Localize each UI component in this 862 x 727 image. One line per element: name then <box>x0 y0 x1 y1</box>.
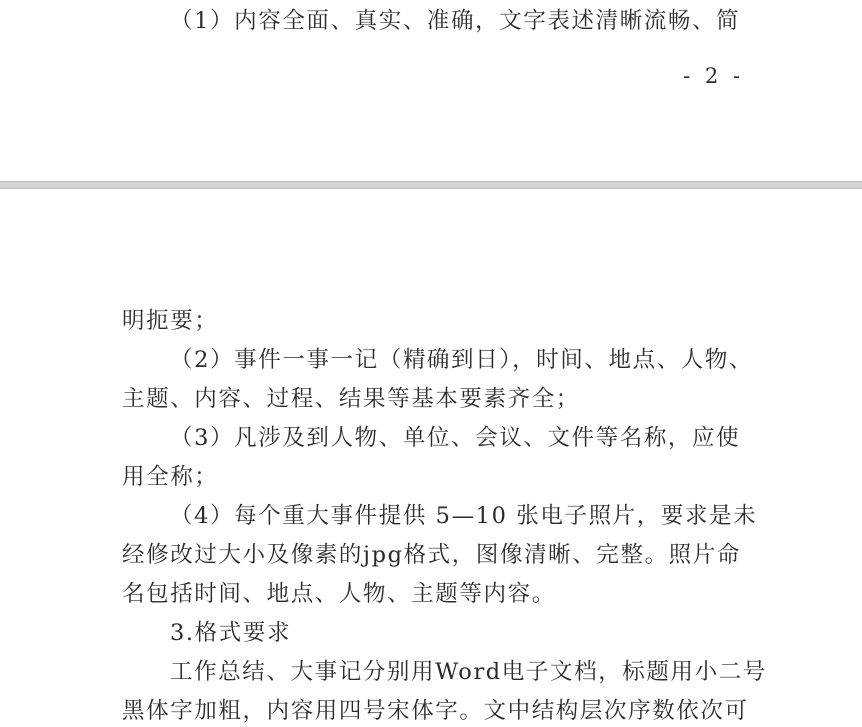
paragraph-line: （3）凡涉及到人物、单位、会议、文件等名称，应使 <box>170 423 746 453</box>
paragraph-line: 主题、内容、过程、结果等基本要素齐全； <box>122 384 746 414</box>
paragraph-line: 经修改过大小及像素的jpg格式，图像清晰、完整。照片命 <box>122 540 746 570</box>
paragraph-line: 用全称； <box>122 462 746 492</box>
section-heading: 3.格式要求 <box>170 618 746 648</box>
page-separator <box>0 181 862 189</box>
document-page-2: （1）内容全面、真实、准确，文字表述清晰流畅、简 - 2 - <box>0 0 862 181</box>
paragraph-line: 黑体字加粗，内容用四号宋体字。文中结构层次序数依次可 <box>122 696 746 726</box>
document-page-3: 明扼要； （2）事件一事一记（精确到日），时间、地点、人物、 主题、内容、过程、… <box>0 189 862 727</box>
paragraph-line: （4）每个重大事件提供 5—10 张电子照片，要求是未 <box>170 501 746 531</box>
paragraph-line: 工作总结、大事记分别用Word电子文档，标题用小二号 <box>170 657 746 687</box>
paragraph-line: 名包括时间、地点、人物、主题等内容。 <box>122 579 746 609</box>
page-number: - 2 - <box>683 62 744 90</box>
paragraph-line: 明扼要； <box>122 306 746 336</box>
paragraph-line: （1）内容全面、真实、准确，文字表述清晰流畅、简 <box>170 6 746 36</box>
paragraph-line: （2）事件一事一记（精确到日），时间、地点、人物、 <box>170 345 746 375</box>
